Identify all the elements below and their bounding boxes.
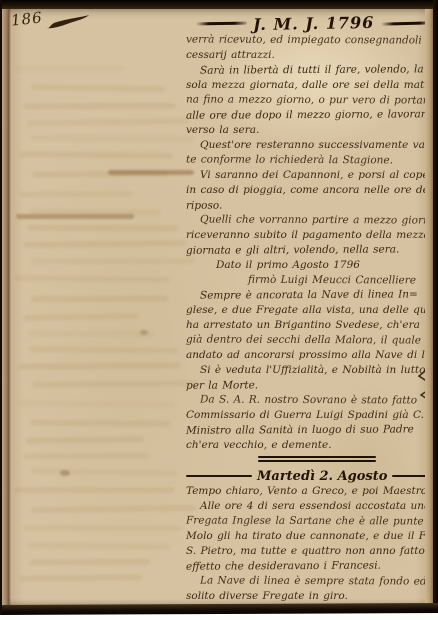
ghost-bleedthrough-line xyxy=(31,468,178,476)
ghost-bleedthrough-line xyxy=(19,151,173,159)
manuscript-line: La Nave di linea è sempre stata fondo ed… xyxy=(186,573,436,589)
ghost-bleedthrough-line xyxy=(31,296,169,302)
manuscript-line: riposo. xyxy=(186,197,436,214)
manuscript-line: Quelli che vorranno partire a mezzo gior… xyxy=(186,212,436,228)
page-header: J. M. J. 1796 xyxy=(196,12,432,34)
manuscript-line: Commissario di Guerra Luigi Spadini già … xyxy=(186,408,436,423)
ghost-bleedthrough-line xyxy=(31,257,195,263)
manuscript-line: verso la sera. xyxy=(186,123,436,138)
ghost-bleedthrough-line xyxy=(19,190,132,197)
manuscript-line: in caso di pioggia, come ancora nelle or… xyxy=(186,183,436,198)
manuscript-line: Da S. A. R. nostro Sovrano è stato fatto xyxy=(186,392,436,408)
manuscript-line: firmò Luigi Meucci Cancelliere xyxy=(186,272,436,288)
header-flourish-rule xyxy=(196,21,247,25)
ghost-bleedthrough-line xyxy=(31,505,196,513)
manuscript-line: ha arrestato un Brigantino Svedese, ch'e… xyxy=(186,318,436,333)
scan-border-right xyxy=(433,0,438,613)
manuscript-line: Si è veduta l'Uffizialità, e Nobiltà in … xyxy=(186,363,436,378)
entry-date-heading: Martedì 2. Agosto xyxy=(257,469,387,484)
ghost-bleedthrough-line xyxy=(14,66,124,72)
ghost-bleedthrough-line xyxy=(26,437,144,445)
manuscript-line: Vi saranno dei Capannoni, e porsi al cop… xyxy=(186,168,436,183)
manuscript-line: ch'era vecchio, e demente. xyxy=(186,438,436,453)
manuscript-line: S. Pietro, ma tutte e quattro non anno f… xyxy=(186,544,436,559)
ghost-bleedthrough-line xyxy=(32,380,197,388)
ghost-bleedthrough-line xyxy=(23,314,139,322)
manuscript-line: Fregata Inglese la Sartane che è alle pu… xyxy=(186,513,436,529)
entry-date-heading-row: Martedì 2. Agosto xyxy=(186,468,436,484)
manuscript-line: alle ore due dopo il mezzo giorno, e lav… xyxy=(186,107,436,124)
manuscript-line: Quest'ore resteranno successivamente var… xyxy=(186,138,436,153)
manuscript-line: già dentro dei secchi della Malora, il q… xyxy=(186,332,436,348)
ghost-bleedthrough-line xyxy=(30,134,194,141)
manuscript-line: sola mezza giornata, dalle ore sei della… xyxy=(186,78,436,93)
ghost-bleedthrough-line xyxy=(23,103,176,110)
manuscript-line: per la Morte. xyxy=(186,377,436,394)
manuscript-text-column: verrà ricevuto, ed impiegato consegnando… xyxy=(186,33,436,604)
manuscript-line: te conforme lo richiederà la Stagione. xyxy=(186,152,436,168)
ghost-bleedthrough-line xyxy=(27,331,155,338)
bleedthrough-texture xyxy=(12,66,184,600)
manuscript-line: Ministro alla Sanità in luogo di suo Pad… xyxy=(186,422,436,439)
manuscript-line: solito diverse Fregate in giro. xyxy=(186,589,436,604)
ghost-bleedthrough-line xyxy=(18,400,175,408)
manuscript-line: effetto che desideravano i Francesi. xyxy=(186,558,436,575)
scan-border-left xyxy=(0,0,2,614)
ghost-bleedthrough-line xyxy=(23,453,149,460)
ghost-bleedthrough-line xyxy=(23,240,186,248)
page-bottom-edge-shadow xyxy=(0,603,438,615)
ghost-bleedthrough-line xyxy=(14,487,175,493)
page-right-edge xyxy=(425,4,433,610)
page-number-flourish xyxy=(45,14,91,30)
binding-gutter xyxy=(2,6,9,610)
ghost-bleedthrough-line xyxy=(19,363,181,370)
manuscript-line: cessarij attrazzi. xyxy=(186,48,436,63)
manuscript-line: Dato il primo Agosto 1796 xyxy=(186,258,436,273)
manuscript-line: andato ad ancorarsi prossimo alla Nave d… xyxy=(186,348,436,363)
manuscript-line: Molo gli ha tirato due cannonate, e due … xyxy=(186,529,436,544)
manuscript-line: verrà ricevuto, ed impiegato consegnando… xyxy=(186,32,436,48)
paper-stain xyxy=(140,330,148,335)
manuscript-line: Sempre è ancorata la Nave di linea In= xyxy=(186,287,436,304)
ghost-bleedthrough-line xyxy=(30,419,171,426)
manuscript-line: na fino a mezzo giorno, o pur vero di po… xyxy=(186,92,436,108)
ghost-bleedthrough-line xyxy=(31,84,165,92)
paper-stain xyxy=(16,214,134,219)
manuscript-line: Tempo chiaro, Vento a Greco, e poi Maest… xyxy=(186,484,436,499)
manuscript-line: Alle ore 4 di sera essendosi accostata u… xyxy=(186,499,436,514)
ghost-bleedthrough-line xyxy=(23,525,182,531)
paper-stain xyxy=(108,170,194,175)
ghost-bleedthrough-line xyxy=(29,559,150,566)
ghost-bleedthrough-line xyxy=(29,346,178,354)
ghost-bleedthrough-line xyxy=(27,225,178,232)
manuscript-line: Sarà in libertà di tutti il fare, volend… xyxy=(186,62,436,79)
page-number: 186 xyxy=(10,8,43,29)
manuscript-line: glese, e due Fregate alla vista, una del… xyxy=(186,303,436,318)
ghost-bleedthrough-line xyxy=(14,275,170,283)
scanned-manuscript-page: 186 J. M. J. 1796 verrà ricevuto, ed imp… xyxy=(0,0,438,620)
paper-stain xyxy=(60,470,70,476)
scan-border-top xyxy=(0,0,438,9)
heading-dash xyxy=(186,475,252,477)
section-divider-rule xyxy=(186,453,436,468)
ghost-bleedthrough-line xyxy=(19,574,142,581)
manuscript-line: giornata e gli altri, volendo, nella ser… xyxy=(186,242,436,259)
page-header-monogram: J. M. J. 1796 xyxy=(253,12,375,33)
ghost-bleedthrough-line xyxy=(27,118,190,126)
ghost-bleedthrough-line xyxy=(27,542,170,550)
manuscript-line: riceveranno subito il pagamento della me… xyxy=(186,228,436,243)
binding-crease xyxy=(9,6,11,606)
